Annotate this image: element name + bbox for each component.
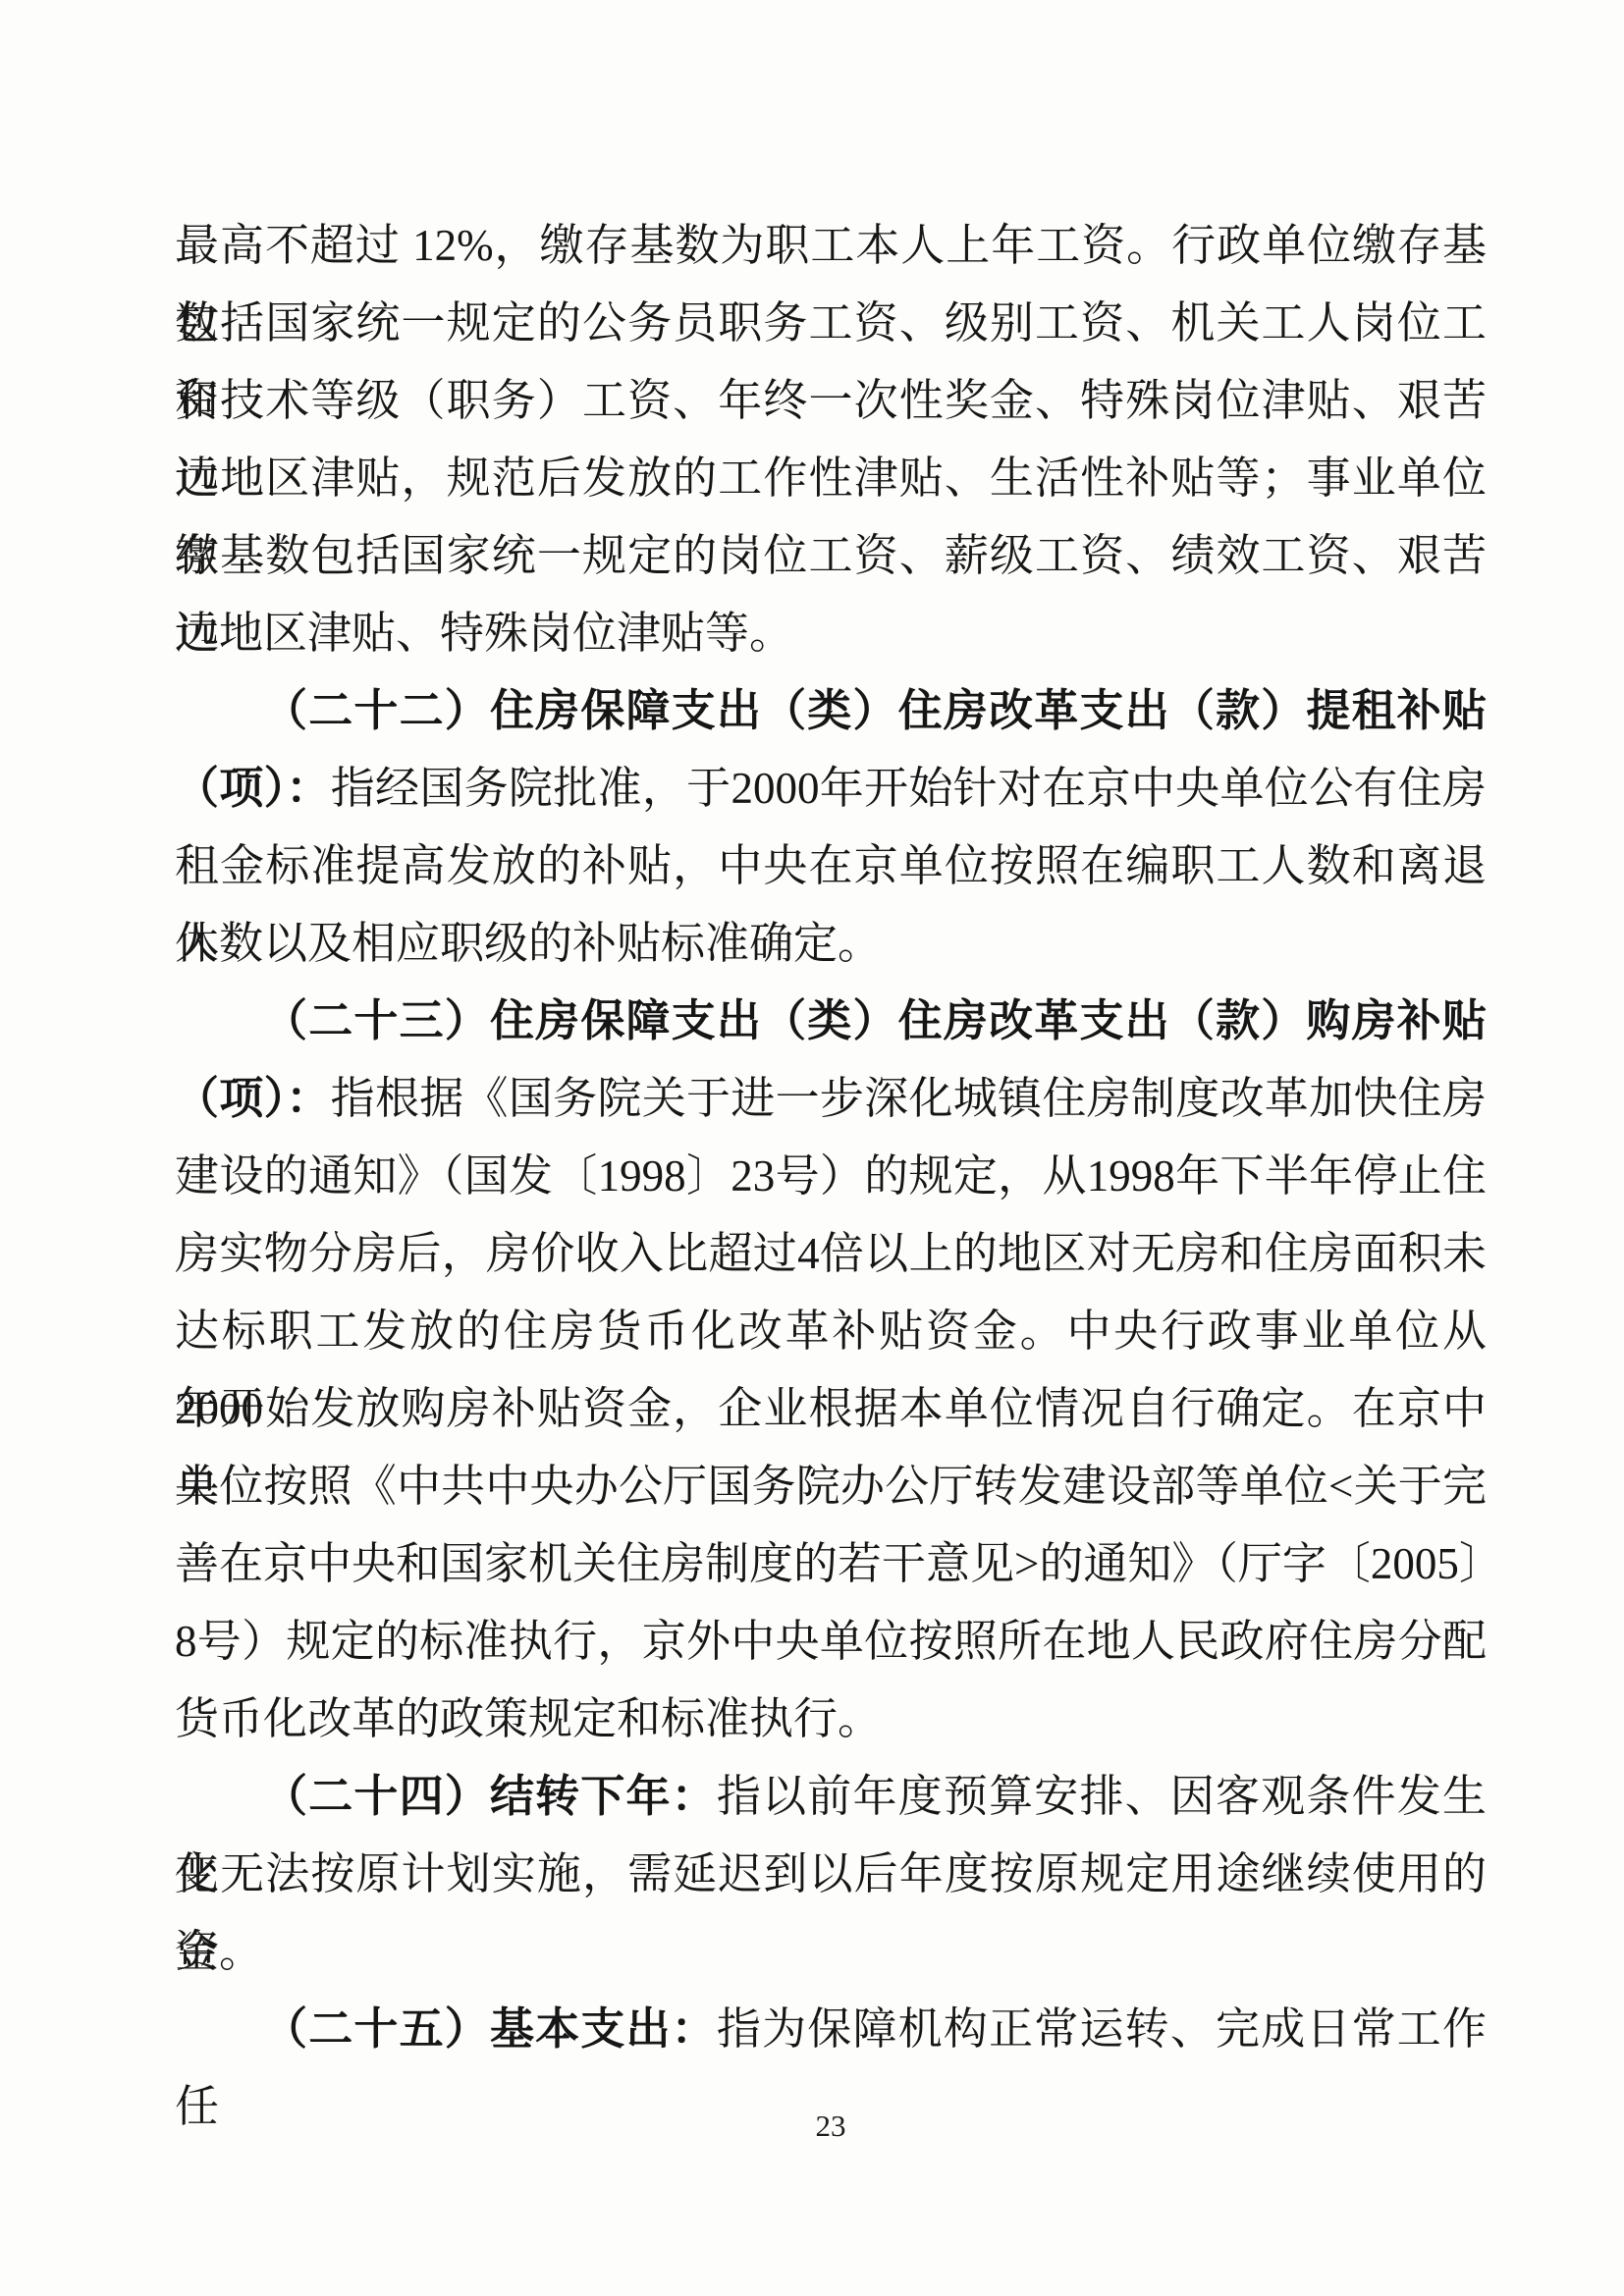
text-line: 最高不超过 12%，缴存基数为职工本人上年工资。行政单位缴存基数 (175, 207, 1487, 285)
text-line: 包括国家统一规定的公务员职务工资、级别工资、机关工人岗位工资 (175, 285, 1487, 362)
text-line: 8号）规定的标准执行，京外中央单位按照所在地人民政府住房分配 (175, 1603, 1487, 1681)
page-number: 23 (175, 2107, 1487, 2146)
text-line: 和技术等级（职务）工资、年终一次性奖金、特殊岗位津贴、艰苦边 (175, 362, 1487, 440)
text-line: 建设的通知》（国发〔1998〕23号）的规定，从1998年下半年停止住 (175, 1138, 1487, 1215)
text-run: 房实物分房后，房价收入比超过4倍以上的地区对无房和住房面积未 (175, 1229, 1487, 1278)
text-run: 指经国务院批准，于2000年开始针对在京中央单位公有住房 (331, 764, 1487, 813)
text-run: 金。 (175, 1927, 263, 1976)
text-line: 远地区津贴，规范后发放的工作性津贴、生活性补贴等；事业单位缴 (175, 440, 1487, 517)
text-line: 货币化改革的政策规定和标准执行。 (175, 1681, 1487, 1758)
text-run: 单位按照《中共中央办公厅国务院办公厅转发建设部等单位<关于完 (175, 1462, 1487, 1511)
text-line: 金。 (175, 1913, 1487, 1991)
text-line: 达标职工发放的住房货币化改革补贴资金。中央行政事业单位从2000 (175, 1293, 1487, 1370)
text-run: 人数以及相应职级的补贴标准确定。 (175, 919, 882, 968)
text-line: 存基数包括国家统一规定的岗位工资、薪级工资、绩效工资、艰苦边 (175, 517, 1487, 595)
bold-text-run: （二十三）住房保障支出（类）住房改革支出（款）购房补贴 (263, 996, 1487, 1045)
text-line: 善在京中央和国家机关住房制度的若干意见>的通知》（厅字〔2005〕 (175, 1525, 1487, 1603)
text-line: 房实物分房后，房价收入比超过4倍以上的地区对无房和住房面积未 (175, 1215, 1487, 1293)
text-line: （二十二）住房保障支出（类）住房改革支出（款）提租补贴 (175, 672, 1487, 750)
document-body: 最高不超过 12%，缴存基数为职工本人上年工资。行政单位缴存基数包括国家统一规定… (175, 207, 1487, 2068)
text-line: （二十三）住房保障支出（类）住房改革支出（款）购房补贴 (175, 983, 1487, 1060)
text-line: 租金标准提高发放的补贴，中央在京单位按照在编职工人数和离退休 (175, 828, 1487, 905)
text-run: 远地区津贴、特殊岗位津贴等。 (175, 609, 793, 658)
text-run: 善在京中央和国家机关住房制度的若干意见>的通知》（厅字〔2005〕 (175, 1539, 1503, 1588)
text-run: 建设的通知》（国发〔1998〕23号）的规定，从1998年下半年停止住 (175, 1151, 1487, 1201)
text-line: （项）：指根据《国务院关于进一步深化城镇住房制度改革加快住房 (175, 1060, 1487, 1138)
text-line: 远地区津贴、特殊岗位津贴等。 (175, 595, 1487, 672)
text-line: 人数以及相应职级的补贴标准确定。 (175, 905, 1487, 983)
text-line: 化无法按原计划实施，需延迟到以后年度按原规定用途继续使用的资 (175, 1836, 1487, 1913)
text-line: （二十四）结转下年：指以前年度预算安排、因客观条件发生变 (175, 1758, 1487, 1836)
text-line: （二十五）基本支出：指为保障机构正常运转、完成日常工作任 (175, 1991, 1487, 2068)
text-line: 年开始发放购房补贴资金，企业根据本单位情况自行确定。在京中央 (175, 1370, 1487, 1448)
bold-text-run: （二十四）结转下年： (263, 1772, 717, 1821)
text-run: 指根据《国务院关于进一步深化城镇住房制度改革加快住房 (331, 1074, 1487, 1123)
bold-text-run: （项）： (175, 764, 331, 813)
text-run: 货币化改革的政策规定和标准执行。 (175, 1694, 882, 1743)
bold-text-run: （项）： (175, 1074, 331, 1123)
bold-text-run: （二十五）基本支出： (263, 2004, 717, 2054)
text-run: 8号）规定的标准执行，京外中央单位按照所在地人民政府住房分配 (175, 1617, 1487, 1666)
text-line: （项）：指经国务院批准，于2000年开始针对在京中央单位公有住房 (175, 750, 1487, 828)
text-line: 单位按照《中共中央办公厅国务院办公厅转发建设部等单位<关于完 (175, 1448, 1487, 1525)
bold-text-run: （二十二）住房保障支出（类）住房改革支出（款）提租补贴 (263, 686, 1487, 735)
document-page: 最高不超过 12%，缴存基数为职工本人上年工资。行政单位缴存基数包括国家统一规定… (0, 0, 1624, 2296)
